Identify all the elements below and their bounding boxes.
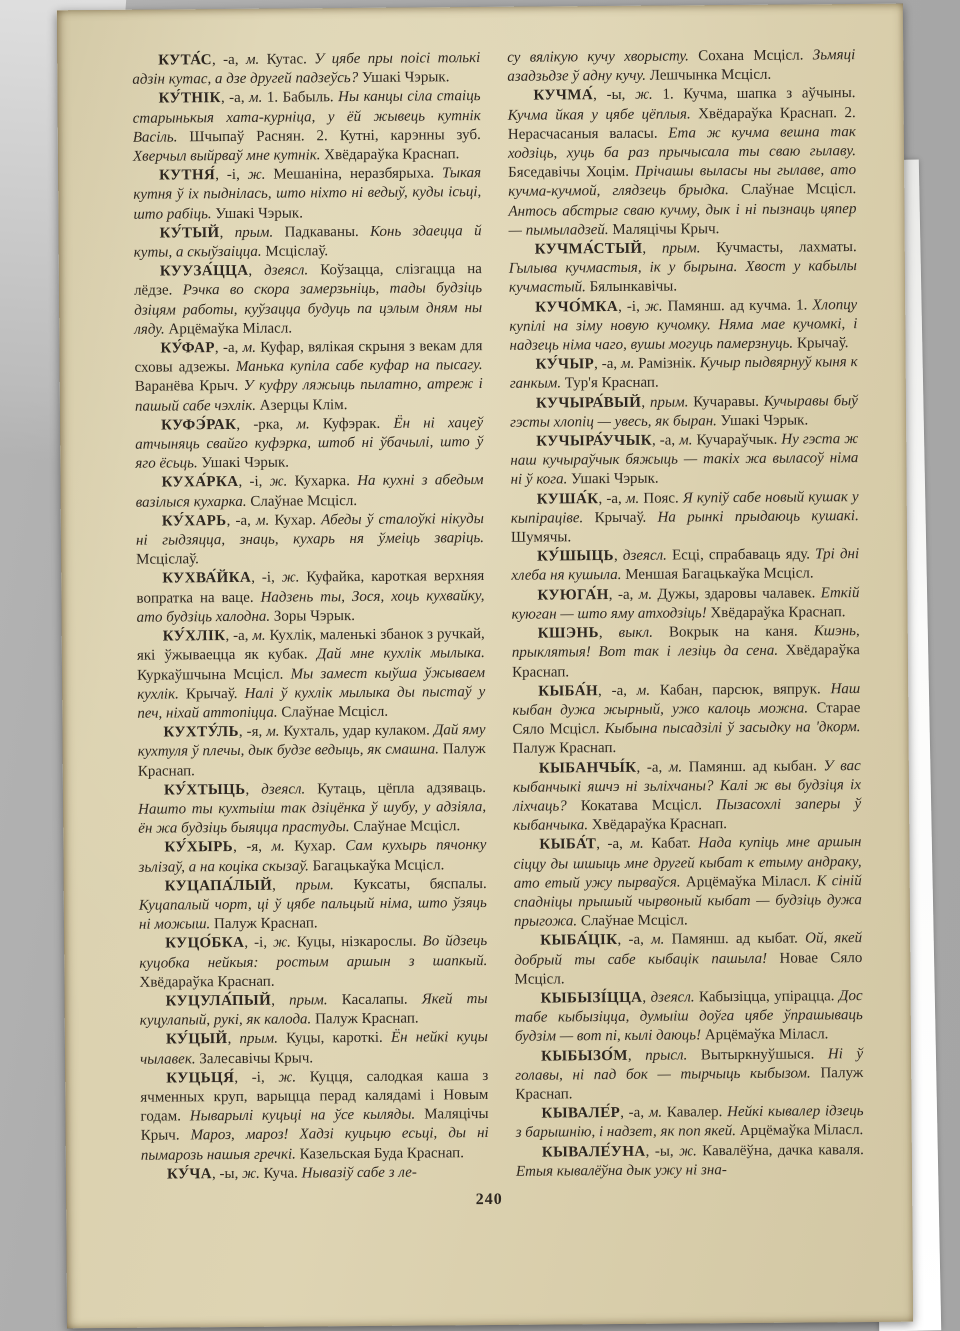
entry-text: Хвёдараўка Краснап. xyxy=(707,604,846,621)
dictionary-entry: КУ́ШЫЦЬ, дзеясл. Есці, спрабаваць яду. Т… xyxy=(511,545,859,586)
entry-text: Куркаўшчына Мсцісл. xyxy=(137,666,291,683)
entry-text: , -ы, xyxy=(646,1143,680,1159)
entry-text: 1. Кучма, шапка з аўчыны. xyxy=(653,85,856,103)
entry-text: Куцы, кароткі. xyxy=(278,1030,391,1047)
dictionary-entry: КЫБА́Н, -а, м. Кабан, парсюк, вяпрук. На… xyxy=(512,680,861,760)
example-text: дзеясл. xyxy=(264,263,308,279)
entry-text: , xyxy=(642,990,650,1006)
entry-text: Вокрык на каня. xyxy=(653,624,814,641)
entry-text: Крычаў. xyxy=(793,335,848,351)
entry-text: , -і, xyxy=(215,167,248,183)
entry-text: Ушакі Чэрык. xyxy=(358,69,449,86)
entry-text: Ушакі Чэрык. xyxy=(212,205,303,222)
headword: КУЧЫРА́ВЫЙ xyxy=(536,394,642,411)
entry-text: , -а, xyxy=(598,491,626,507)
entry-text: Кухар. xyxy=(285,838,346,854)
dictionary-entry: КШЭНЬ, выкл. Вокрык на каня. Кшэнь, прык… xyxy=(512,622,860,682)
dictionary-entry: КЫБА́Т, -а, м. Кабат. Нада купіць мне ар… xyxy=(513,833,862,932)
entry-text: , xyxy=(228,1031,240,1047)
dictionary-entry: КУЧЫРА́ВЫЙ, прым. Кучаравы. Кучыравы быў… xyxy=(510,392,858,433)
headword: КУ́ХЫРЬ xyxy=(164,839,233,856)
headword: КУ́ТНІК xyxy=(158,90,220,106)
example-text: ж. xyxy=(679,1143,697,1159)
entry-text: , -а, xyxy=(596,836,630,852)
entry-text: Кавалёўна, дачка каваля. xyxy=(697,1142,864,1159)
dictionary-entry: КУ́ФАР, -а, м. Куфар, вялікая скрыня з в… xyxy=(134,337,483,417)
example-text: ж. xyxy=(635,87,653,103)
entry-text: Шчыпаў Раснян. 2. Кутні, карэнны зуб. xyxy=(177,127,481,145)
headword: КУХВА́ЙКА xyxy=(162,570,251,587)
entry-text: Багацькаўка Мсцісл. xyxy=(309,857,445,874)
right-column: су вялікую кучу хворысту. Сохана Мсцісл.… xyxy=(507,46,864,1182)
headword: КУЧО́МКА xyxy=(535,299,618,316)
entry-text: Мешаніна, неразбярыха. xyxy=(265,166,442,183)
entry-text: , xyxy=(220,225,235,241)
example-text: Хверчыл выйрваў мне кутнік. xyxy=(133,147,321,164)
example-text: прым. xyxy=(650,394,689,410)
dictionary-entry: КУ́ХАРЬ, -а, м. Кухар. Абеды ў сталоўкі … xyxy=(136,510,484,570)
entry-text: , xyxy=(614,548,623,564)
entry-text: Есці, спрабаваць яду. xyxy=(667,547,815,564)
dictionary-entry: КЫБАНЧЫ́К, -а, м. Памянш. ад кыбан. У ва… xyxy=(513,757,862,837)
entry-text: Кабан, парсюк, вяпрук. xyxy=(650,681,831,698)
headword: КУ́ХЛІК xyxy=(163,628,226,644)
headword: КЫБА́ЦІК xyxy=(540,932,617,949)
dictionary-entry: КУ́ТЫЙ, прым. Падкаваны. Конь здаецца й … xyxy=(134,222,482,263)
dictionary-entry: КЫВАЛЕ́Р, -а, м. Кавалер. Нейкі кывалер … xyxy=(515,1102,863,1143)
entry-text: Казельская Буда Краснап. xyxy=(296,1145,464,1162)
dictionary-entry: КУЦО́БКА, -і, ж. Куцы, нізкарослы. Во йд… xyxy=(139,932,487,992)
headword: КЫБАНЧЫ́К xyxy=(539,759,637,776)
example-text: м. xyxy=(669,759,682,775)
entry-text: , xyxy=(628,1047,645,1063)
headword: КЫВАЛЕ́УНА xyxy=(542,1143,646,1160)
headword: КУЦЬЦЯ́ xyxy=(166,1070,234,1087)
dictionary-entry: КУ́ЦЫЙ, прым. Куцы, кароткі. Ён нейкі ку… xyxy=(140,1028,488,1069)
example-text: Дай мне кухлік мылыка. xyxy=(317,645,485,662)
entry-text: Палуж Краснап. xyxy=(210,915,317,932)
example-text: м. xyxy=(249,90,262,106)
page-number: 240 xyxy=(66,1188,912,1213)
headword: КУЦАПА́ЛЫЙ xyxy=(165,877,273,894)
entry-text: Ушакі Чэрык. xyxy=(198,455,289,472)
entry-text: , -а, xyxy=(598,683,637,699)
entry-text: Памянш. ад кыбат. xyxy=(664,931,805,948)
entry-text: Залесавічы Крыч. xyxy=(195,1050,313,1067)
headword: КУЦО́БКА xyxy=(165,935,244,952)
dictionary-entry: КУТНЯ́, -і, ж. Мешаніна, неразбярыха. Ты… xyxy=(133,164,481,224)
entry-text: Кухарка. xyxy=(287,473,357,490)
entry-text: Арцёмаўка Міласл. xyxy=(736,1122,863,1139)
example-text: м. xyxy=(266,724,279,740)
dictionary-entry: КУФЭ́РАК, -рка, м. Куфэрак. Ён ні хацеў … xyxy=(135,414,483,474)
headword: КЫБА́Н xyxy=(538,683,598,699)
entry-text: Куфэрак. xyxy=(310,416,394,433)
entry-text: , xyxy=(641,394,650,410)
example-text: м. xyxy=(637,682,650,698)
entry-text: Мсціслаў. xyxy=(136,552,199,568)
dictionary-entry: КУ́ЧЫР, -а, м. Рамізнік. Кучыр пыдвярнуў… xyxy=(510,353,858,394)
entry-text: Кавалер. xyxy=(662,1104,727,1121)
entry-text: Слаўнае Мсцісл. xyxy=(246,493,357,510)
example-text: ж. xyxy=(273,935,291,951)
example-text: прым. xyxy=(239,1031,278,1047)
entry-text: Арцёмаўка Міласл. xyxy=(165,320,292,337)
entry-text: Куча. xyxy=(260,1165,302,1181)
example-text: м. xyxy=(256,513,269,529)
headword: КУТНЯ́ xyxy=(159,167,215,183)
headword: КУФЭ́РАК xyxy=(161,417,236,434)
dictionary-entry: КУЧМА́СТЫЙ, прым. Кучмасты, лахматы. Гыл… xyxy=(509,238,857,298)
example-text: м. xyxy=(621,356,634,372)
example-text: Кучма йкая у цябе цёплыя. xyxy=(508,106,691,123)
entry-text: Маляцічы Крыч. xyxy=(609,221,720,238)
example-text: дзеясл. xyxy=(261,781,305,797)
entry-text: Кабат. xyxy=(644,836,699,852)
entry-text: , xyxy=(271,993,289,1009)
headword: КУЧМА́ xyxy=(533,88,593,104)
example-text: м. xyxy=(246,52,259,68)
entry-text: Бялынкавічы. xyxy=(586,279,677,296)
entry-text: Палуж Краснап. xyxy=(513,740,617,757)
dictionary-entry: КУЧМА́, -ы, ж. 1. Кучма, шапка з аўчыны.… xyxy=(507,84,856,240)
entry-text: , -рка, xyxy=(236,416,296,432)
entry-text: Арцёмаўка Міласл. xyxy=(680,873,816,890)
example-text: На рынкі прыдаюць кушакі. xyxy=(657,508,858,526)
dictionary-entry: КУЦЬЦЯ́, -і, ж. Куцця, салодкая каша з я… xyxy=(140,1067,489,1166)
entry-text: Рамізнік. xyxy=(634,356,700,373)
example-text: Кыбына пысадзілі ў засыдку на 'дкорм. xyxy=(605,719,861,737)
headword: КШЭНЬ xyxy=(538,625,599,641)
dictionary-entry: КУЦАПА́ЛЫЙ, прым. Куксаты, бяспалы. Куца… xyxy=(139,875,487,935)
headword: КУША́К xyxy=(537,491,599,507)
example-text: прым. xyxy=(295,877,334,893)
headword: КУХТУ́ЛЬ xyxy=(163,724,238,741)
example-text: м. xyxy=(271,839,284,855)
headword: КУ́ХТЫЦЬ xyxy=(164,782,246,799)
headword: КУ́ЧА xyxy=(167,1166,212,1182)
entry-text: Хвёдараўка Краснап. xyxy=(320,146,459,163)
example-text: ж. xyxy=(645,298,663,314)
dictionary-entry: КУЧЫРА́УЧЫК, -а, м. Кучараўчык. Ну гэста… xyxy=(510,430,858,490)
example-text: ж. xyxy=(278,1069,296,1085)
entry-text: , xyxy=(248,263,264,279)
dictionary-entry: КУХВА́ЙКА, -і, ж. Куфайка, кароткая верх… xyxy=(136,567,484,627)
entry-text: Крычаў. xyxy=(583,510,657,527)
entry-text: Хвёдараўка Краснап. xyxy=(139,973,274,990)
entry-text: Касалапы. xyxy=(328,991,422,1008)
example-text: м. xyxy=(296,416,309,432)
example-text: м. xyxy=(639,586,652,602)
example-text: прысл. xyxy=(645,1047,687,1063)
example-text: м. xyxy=(630,836,643,852)
headword: КУЦУЛА́ПЫЙ xyxy=(166,993,272,1010)
entry-text: Кухар. xyxy=(269,512,321,528)
entry-text: Слаўнае Мсцісл. xyxy=(729,181,856,198)
entry-text: Мсціслаў. xyxy=(262,243,329,260)
headword: КУЧЫРА́УЧЫК xyxy=(536,433,652,450)
entry-text: Ушакі Чэрык. xyxy=(567,471,658,488)
entry-text: , -а, xyxy=(227,513,257,529)
entry-text: , -а, xyxy=(594,356,621,372)
entry-text: Зоры Чэрык. xyxy=(270,608,355,625)
dictionary-entry: КУЦУЛА́ПЫЙ, прым. Касалапы. Якей ты куцу… xyxy=(140,990,488,1031)
example-text: м. xyxy=(649,1105,662,1121)
entry-text: Кутас. xyxy=(259,51,314,67)
headword: КЫБЫЗІ́ЦЦА xyxy=(541,990,643,1007)
headword: КУУЗА́ЦЦА xyxy=(160,263,249,280)
example-text: выкл. xyxy=(619,625,653,641)
entry-text: Памянш. ад кучма. 1. xyxy=(662,297,812,314)
example-text: дзеясл. xyxy=(651,989,695,1005)
entry-text: , -і, xyxy=(244,935,273,951)
entry-text: Падкаваны. xyxy=(273,224,370,241)
dictionary-entry: КУХА́РКА, -і, ж. Кухарка. На кухні з абе… xyxy=(135,471,483,512)
example-text: прым. xyxy=(662,240,701,256)
example-text: Гылыва кучмастыя, ік у бырына. xyxy=(509,259,738,277)
dictionary-entry: КУ́ТНІК, -а, м. 1. Бабыль. Ны канцы сіла… xyxy=(132,87,481,167)
headword: КУХА́РКА xyxy=(161,474,238,491)
entry-continuation: су вялікую кучу хворысту. Сохана Мсцісл.… xyxy=(507,46,855,87)
entry-text: Кучмасты, лахматы. xyxy=(700,239,856,256)
entry-text: Пояс. xyxy=(639,490,683,506)
entry-text: , -а, xyxy=(225,628,252,644)
entry-text: Дужы, здаровы чалавек. xyxy=(652,585,821,602)
headword: КЫВАЛЕ́Р xyxy=(541,1105,620,1122)
example-text: м. xyxy=(679,432,692,448)
headword: КУ́ШЫЦЬ xyxy=(537,548,614,565)
entry-text: , -і, xyxy=(238,474,269,490)
headword: КУ́ТЫЙ xyxy=(160,225,220,241)
dictionary-entry: КУ́ХЫРЬ, -я, м. Кухар. Сам кухырь пячонк… xyxy=(138,836,486,877)
entry-text: , -а, xyxy=(221,90,249,106)
entry-text: Куксаты, бяспалы. xyxy=(334,876,487,893)
dictionary-entry: КУХТУ́ЛЬ, -я, м. Кухталь, удар кулаком. … xyxy=(137,721,485,781)
dictionary-entry: КУ́ХЛІК, -а, м. Кухлік, маленькі збанок … xyxy=(137,625,486,724)
entry-text: Кабызіцца, упірацца. xyxy=(695,988,839,1005)
page-body: КУТА́С, -а, м. Кутас. У цябе пры поісі т… xyxy=(132,46,864,1185)
entry-text: Палуж Краснап. xyxy=(311,1011,418,1028)
entry-text: , -я, xyxy=(233,839,272,855)
entry-text: Вытыркнуўшыся. xyxy=(687,1046,828,1063)
entry-text: Кучараўчык. xyxy=(692,432,781,449)
entry-text: Памянш. ад кыбан. xyxy=(682,758,823,775)
entry-text: Куцы, нізкарослы. xyxy=(291,934,423,951)
entry-text: Хвёдараўка Краснап. xyxy=(588,816,727,833)
entry-text: Кухталь, удар кулаком. xyxy=(279,723,433,740)
dictionary-entry: КУША́К, -а, м. Пояс. Я купіў сабе новый … xyxy=(511,488,859,548)
entry-text: Крычаў. xyxy=(179,686,245,703)
headword: КУ́ЦЫЙ xyxy=(166,1031,228,1047)
entry-text: , -а, xyxy=(212,52,246,68)
example-text: Етыя кывалёўна дык ужу ні зна- xyxy=(516,1162,727,1180)
dictionary-entry: КУТА́С, -а, м. Кутас. У цябе пры поісі т… xyxy=(132,49,480,90)
dictionary-entry: КЫВАЛЕ́УНА, -ы, ж. Кавалёўна, дачка кава… xyxy=(516,1141,864,1182)
entry-text: 1. Бабыль. xyxy=(262,90,338,107)
example-text: м. xyxy=(626,490,639,506)
entry-text: , -ы, xyxy=(593,87,635,103)
example-text: ж. xyxy=(270,474,288,490)
example-text: Ныварылі куцьці на ўсе кыляды. xyxy=(190,1107,416,1125)
entry-text: Слаўнае Мсцісл. xyxy=(277,704,388,721)
entry-text: Бяседавічы Хоцім. xyxy=(508,164,635,181)
entry-text: , xyxy=(599,625,619,641)
example-text: м. xyxy=(243,340,256,356)
entry-text: Арцёмаўка Міласл. xyxy=(701,1027,828,1044)
entry-text: , -а, xyxy=(215,340,243,356)
entry-text: Варанёва Крыч. xyxy=(135,378,244,395)
entry-text: Слаўнае Мсцісл. xyxy=(577,913,688,930)
entry-text: , -а, xyxy=(652,433,679,449)
headword: КУЧМА́СТЫЙ xyxy=(535,241,643,258)
dictionary-entry: КУУЗА́ЦЦА, дзеясл. Коўзацца, слізгацца н… xyxy=(134,260,483,340)
headword: КУ́ЧЫР xyxy=(536,356,595,372)
entry-text: , -я, xyxy=(239,724,266,740)
entry-text: , -ы, xyxy=(212,1166,242,1182)
headword: КЫБЫЗО́М xyxy=(541,1047,628,1064)
entry-text: Ушакі Чэрык. xyxy=(717,412,808,429)
example-text: Нывазіў сабе з ле- xyxy=(302,1164,417,1181)
entry-text: , xyxy=(245,781,261,797)
entry-text: Тур'я Краснап. xyxy=(561,375,659,392)
example-text: ж. xyxy=(242,1166,260,1182)
example-text: прым. xyxy=(289,992,328,1008)
example-text: ж. xyxy=(282,570,300,586)
example-text: Манька купіла сабе куфар на пысагу. xyxy=(236,357,483,375)
dictionary-entry: КУ́ЧА, -ы, ж. Куча. Нывазіў сабе з ле- xyxy=(141,1163,489,1185)
headword: КУ́ФАР xyxy=(160,340,215,356)
dictionary-entry: КЫБЫЗІ́ЦЦА, дзеясл. Кабызіцца, упірацца.… xyxy=(515,987,863,1047)
example-text: м. xyxy=(252,628,265,644)
headword: КУТА́С xyxy=(158,52,212,68)
entry-text: , -і, xyxy=(251,570,282,586)
headword: КУ́ХАРЬ xyxy=(162,513,227,530)
headword: КЫБА́Т xyxy=(539,836,596,852)
example-text: прым. xyxy=(235,224,274,240)
dictionary-page: КУТА́С, -а, м. Кутас. У цябе пры поісі т… xyxy=(57,4,913,1329)
entry-text: Меншая Багацькаўка Мсцісл. xyxy=(621,566,813,584)
entry-text: Слаўнае Мсцісл. xyxy=(350,818,461,835)
entry-text: Кутаць, цёпла адзяваць. xyxy=(305,780,486,797)
entry-text: , -а, xyxy=(609,586,639,602)
entry-text: Лешчынка Мсцісл. xyxy=(646,67,771,84)
entry-text: Кучаравы. xyxy=(688,393,763,410)
entry-text: , -а, xyxy=(617,932,651,948)
entry-text: Кокатава Мсцісл. xyxy=(567,797,716,814)
example-text: м. xyxy=(651,932,664,948)
entry-text: , -а, xyxy=(636,759,668,775)
entry-text: , -і, xyxy=(618,298,645,314)
dictionary-entry: КЫБА́ЦІК, -а, м. Памянш. ад кыбат. Ой, я… xyxy=(514,929,862,989)
entry-text: , xyxy=(272,877,295,893)
headword: КУЮГА́Н xyxy=(537,587,608,604)
dictionary-entry: КЫБЫЗО́М, прысл. Вытыркнуўшыся. Ні ў гол… xyxy=(515,1045,863,1105)
example-text: дзеясл. xyxy=(623,548,667,564)
entry-text: Шумячы. xyxy=(511,529,571,545)
example-text: ж. xyxy=(248,167,266,183)
entry-text: , -а, xyxy=(620,1105,649,1121)
entry-text: Азерцы Клім. xyxy=(256,397,348,414)
entry-text: , xyxy=(642,241,662,257)
dictionary-entry: КУЮГА́Н, -а, м. Дужы, здаровы чалавек. Е… xyxy=(511,584,859,625)
left-column: КУТА́С, -а, м. Кутас. У цябе пры поісі т… xyxy=(132,49,489,1185)
entry-text: Сохана Мсцісл. xyxy=(689,47,813,64)
dictionary-entry: КУЧО́МКА, -і, ж. Памянш. ад кучма. 1. Хл… xyxy=(509,296,857,356)
dictionary-entry: КУ́ХТЫЦЬ, дзеясл. Кутаць, цёпла адзяваць… xyxy=(138,779,486,839)
example-text: су вялікую кучу хворысту. xyxy=(507,48,689,65)
entry-text: , -і, xyxy=(234,1069,278,1085)
